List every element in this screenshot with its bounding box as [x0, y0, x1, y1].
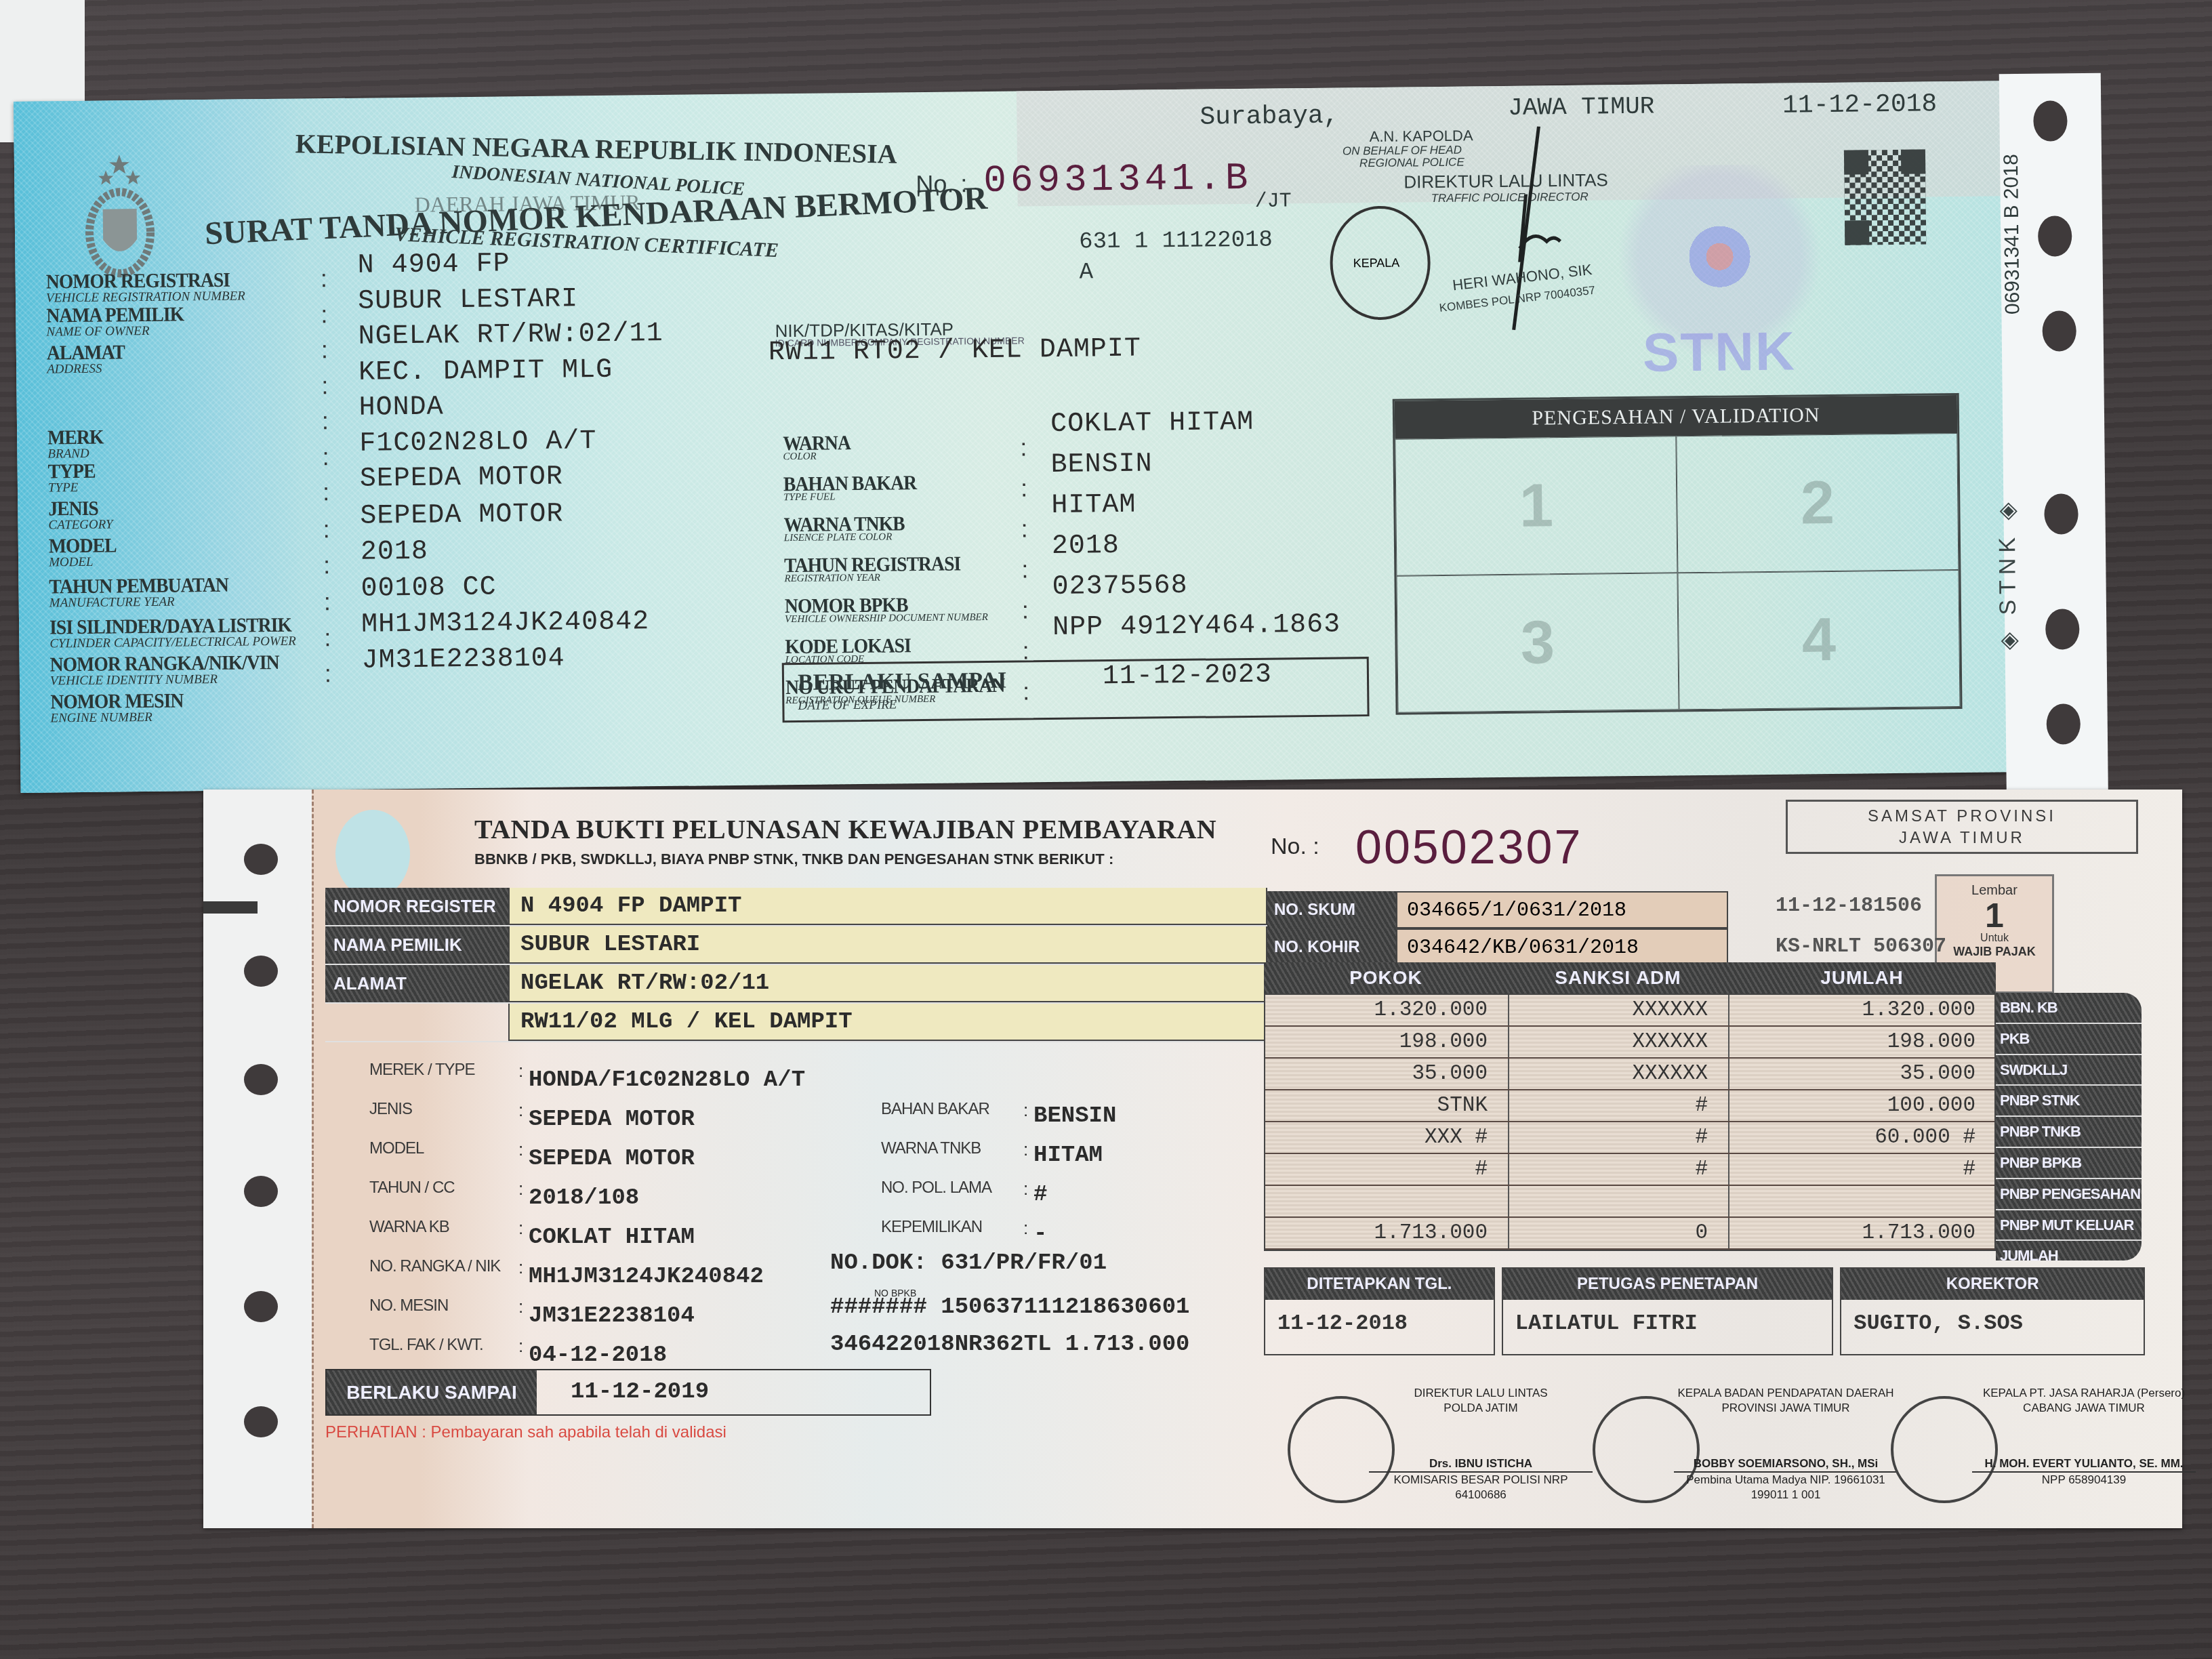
vehicle-label: NO. MESIN [369, 1296, 448, 1315]
signatory-block: KEPALA BADAN PENDAPATAN DAERAHPROVINSI J… [1674, 1386, 1898, 1502]
field-colon: : [1021, 474, 1027, 502]
receipt-title: TANDA BUKTI PELUNASAN KEWAJIBAN PEMBAYAR… [474, 813, 1216, 845]
payment-row: 1.713.00001.713.000 [1265, 1218, 1994, 1250]
punch-hole [2045, 609, 2080, 650]
validation-print-1: 11-12-181506 [1776, 895, 1922, 918]
signatory-title: DIREKTUR LALU LINTAS [1369, 1386, 1593, 1401]
vehicle-value: 04-12-2018 [529, 1343, 667, 1368]
vehicle-label: KEPEMILIKAN [881, 1218, 982, 1237]
validation-cell-3: 3 [1396, 573, 1679, 712]
serial-suffix: /JT [1254, 190, 1291, 213]
vehicle-label: WARNA TNKB [881, 1139, 981, 1158]
vehicle-label: MODEL [369, 1139, 424, 1158]
field-colon: : [324, 588, 331, 616]
field-colon: : [321, 300, 327, 329]
field-value: BENSIN [1050, 449, 1152, 480]
field-sublabel: TYPE [48, 480, 79, 495]
footer-value: 11-12-2018 [1265, 1300, 1494, 1354]
identity-row: ALAMATNGELAK RT/RW:02/11 [325, 965, 1267, 1004]
signatory-title2: PROVINSI JAWA TIMUR [1674, 1401, 1898, 1416]
vehicle-label: NO. RANGKA / NIK [369, 1257, 500, 1276]
field-value: 2018 [1052, 531, 1120, 562]
pokok-cell: 1.320.000 [1265, 995, 1509, 1025]
identity-label: NAMA PEMILIK [325, 926, 508, 964]
sanksi-cell: # [1509, 1154, 1729, 1185]
jumlah-cell: 1.713.000 [1729, 1218, 1997, 1248]
footer-label: KOREKTOR [1841, 1269, 2144, 1300]
vehicle-value: SEPEDA MOTOR [529, 1107, 695, 1132]
field-sublabel: ENGINE NUMBER [50, 710, 152, 726]
signatory-name: Drs. IBNU ISTICHA [1369, 1456, 1593, 1471]
signatory-title2: POLDA JATIM [1369, 1401, 1593, 1416]
footer-box: DITETAPKAN TGL.11-12-2018 [1264, 1267, 1495, 1355]
jumlah-cell: 35.000 [1729, 1059, 1997, 1089]
field-value: SEPEDA MOTOR [360, 499, 564, 532]
signatory-block: KEPALA PT. JASA RAHARJA (Persero)CABANG … [1972, 1386, 2196, 1488]
vehicle-label: TGL. FAK / KWT. [369, 1336, 483, 1355]
pokok-cell: 1.713.000 [1265, 1218, 1509, 1248]
pokok-cell: 198.000 [1265, 1027, 1509, 1057]
field-colon: : [321, 264, 327, 293]
receipt-expiry-value: 11-12-2019 [537, 1370, 930, 1414]
field-value: N 4904 FP [357, 249, 510, 281]
field-sublabel: CYLINDER CAPACITY/ELECTRICAL POWER [49, 634, 296, 652]
vehicle-colon: : [1023, 1179, 1028, 1200]
payment-row: XXX ##60.000 # [1265, 1122, 1994, 1154]
vehicle-value: SEPEDA MOTOR [529, 1146, 695, 1172]
footer-label: PETUGAS PENETAPAN [1503, 1269, 1832, 1300]
payment-row: STNK#100.000 [1265, 1090, 1994, 1122]
identity-label [325, 1004, 508, 1041]
stnk-certificate: KEPOLISIAN NEGARA REPUBLIK INDONESIA IND… [14, 81, 2047, 793]
jumlah-cell [1729, 1186, 1997, 1216]
signatory-title2: CABANG JAWA TIMUR [1972, 1401, 2196, 1416]
payment-item-label: SWDKLLJ [1996, 1055, 2142, 1086]
field-sublabel: ADDRESS [47, 362, 102, 377]
field-sublabel: REGISTRATION YEAR [784, 573, 880, 585]
nik-value: RW11 RT02 / KEL DAMPIT [769, 334, 1142, 369]
vehicle-value: - [1033, 1221, 1047, 1247]
signatory-title: KEPALA PT. JASA RAHARJA (Persero) [1972, 1386, 2196, 1401]
identity-label: ALAMAT [325, 965, 508, 1002]
vehicle-colon: : [518, 1257, 523, 1278]
payment-row: 1.320.000XXXXXX1.320.000 [1265, 995, 1994, 1027]
field-sublabel: MANUFACTURE YEAR [49, 595, 175, 611]
receipt-subtitle: BBNKB / PKB, SWDKLLJ, BIAYA PNBP STNK, T… [474, 851, 1113, 868]
vehicle-value: HITAM [1033, 1143, 1103, 1168]
payment-item-labels: BBN. KBPKBSWDKLLJPNBP STNKPNBP TNKBPNBP … [1996, 993, 2142, 1261]
field-value: NGELAK RT/RW:02/11 [358, 319, 663, 352]
col-pokok: POKOK [1264, 962, 1508, 994]
payment-item-label: PNBP STNK [1996, 1086, 2142, 1117]
side-serial: 06931341 B 2018 [2000, 154, 2024, 314]
payment-item-label: PKB [1996, 1024, 2142, 1055]
sanksi-cell: XXXXXX [1509, 1059, 1729, 1089]
vehicle-value: 2018/108 [529, 1185, 639, 1211]
sanksi-cell: XXXXXX [1509, 995, 1729, 1025]
sanksi-cell [1509, 1186, 1729, 1216]
pokok-cell: STNK [1265, 1090, 1509, 1121]
vehicle-label: WARNA KB [369, 1218, 449, 1237]
vehicle-colon: : [518, 1100, 523, 1121]
field-colon: : [321, 371, 328, 400]
payment-item-label: PNBP TNKB [1996, 1117, 2142, 1148]
payment-item-label: PNBP BPKB [1996, 1148, 2142, 1179]
police-emblem-icon [82, 151, 158, 281]
field-value: F1C02N28LO A/T [359, 426, 597, 459]
print-code: 631 1 11122018 [1079, 228, 1273, 255]
field-colon: : [324, 623, 331, 652]
punch-hole [2042, 310, 2076, 352]
field-colon: : [322, 443, 329, 471]
footer-box: PETUGAS PENETAPANLAILATUL FITRI [1502, 1267, 1833, 1355]
validation-cell-1: 1 [1395, 436, 1677, 575]
vehicle-colon: : [518, 1336, 523, 1357]
signatory-title: KEPALA BADAN PENDAPATAN DAERAH [1674, 1386, 1898, 1401]
validation-notice: PERHATIAN : Pembayaran sah apabila telah… [325, 1423, 726, 1442]
vehicle-label: JENIS [369, 1100, 412, 1119]
vehicle-value: COKLAT HITAM [529, 1225, 695, 1250]
hologram-label: STNK [1643, 320, 1797, 384]
vehicle-colon: : [518, 1218, 523, 1239]
punch-hole [244, 1291, 278, 1322]
footer-value: SUGITO, S.SOS [1841, 1300, 2144, 1354]
jumlah-cell: 100.000 [1729, 1090, 1997, 1121]
vehicle-value: HONDA/F1C02N28LO A/T [529, 1067, 805, 1093]
field-value: HITAM [1051, 490, 1136, 521]
punch-hole [244, 844, 278, 875]
side-brand: ◈ STNK ◈ [1993, 497, 2022, 650]
field-value: COKLAT HITAM [1050, 407, 1254, 440]
signatory-id: Pembina Utama Madya NIP. 19661031 199011… [1674, 1471, 1898, 1502]
vehicle-label: BAHAN BAKAR [881, 1100, 989, 1119]
vehicle-colon: : [518, 1139, 523, 1160]
identity-value: RW11/02 MLG / KEL DAMPIT [508, 1004, 1267, 1041]
jumlah-cell: 60.000 # [1729, 1122, 1997, 1153]
signatory-name: BOBBY SOEMIARSONO, SH., MSi [1674, 1456, 1898, 1471]
field-sublabel: TYPE FUEL [783, 491, 835, 504]
identity-value: NGELAK RT/RW:02/11 [508, 965, 1267, 1002]
serial-label: No. : [916, 169, 967, 199]
sanksi-cell: XXXXXX [1509, 1027, 1729, 1057]
identity-value: SUBUR LESTARI [508, 926, 1267, 964]
regional-police: REGIONAL POLICE [1359, 156, 1465, 171]
field-sublabel: CATEGORY [48, 517, 112, 533]
jumlah-cell: 1.320.000 [1729, 995, 1997, 1025]
field-value: 2018 [361, 537, 428, 568]
print-code-2: A [1080, 260, 1094, 285]
serial-number: 06931341.B [983, 157, 1252, 203]
validation-title: PENGESAHAN / VALIDATION [1395, 395, 1958, 439]
field-value: SUBUR LESTARI [358, 284, 579, 316]
identity-row: RW11/02 MLG / KEL DAMPIT [325, 1004, 1267, 1042]
sanksi-cell: # [1509, 1090, 1729, 1121]
signatory-id: NPP 658904139 [1972, 1471, 2196, 1488]
vehicle-value: BENSIN [1033, 1103, 1116, 1129]
field-sublabel: MODEL [49, 555, 94, 571]
payment-row: ### [1265, 1154, 1994, 1186]
validation-cell-4: 4 [1677, 570, 1960, 710]
jumlah-cell: 198.000 [1729, 1027, 1997, 1057]
col-sanksi: SANKSI ADM [1508, 962, 1728, 994]
expiry-sub: DATE OF EXPIRE [798, 697, 897, 714]
signatory-id: KOMISARIS BESAR POLISI NRP 64100686 [1369, 1471, 1593, 1502]
pokok-cell: 35.000 [1265, 1059, 1509, 1089]
field-value: SEPEDA MOTOR [360, 462, 564, 495]
signatory-name: H. MOH. EVERT YULIANTO, SE. MM. [1972, 1456, 2196, 1471]
samsat-box: SAMSAT PROVINSI JAWA TIMUR [1786, 800, 2138, 854]
payment-item-label: PNBP PENGESAHAN [1996, 1179, 2142, 1210]
validation-print-2: KS-NRLT 506307 [1776, 935, 1946, 958]
vehicle-colon: : [1023, 1218, 1028, 1239]
field-colon: : [325, 659, 331, 688]
punch-hole [244, 956, 278, 987]
field-sublabel: LISENCE PLATE COLOR [784, 531, 893, 544]
field-colon: : [322, 407, 329, 435]
vehicle-value: JM31E2238104 [529, 1303, 695, 1329]
footer-value: LAILATUL FITRI [1503, 1300, 1832, 1354]
field-colon: : [323, 478, 329, 506]
identity-label: NOMOR REGISTER [325, 888, 508, 925]
identity-value: N 4904 FP DAMPIT [508, 888, 1267, 925]
vehicle-colon: : [1023, 1100, 1028, 1121]
vehicle-label: NO. POL. LAMA [881, 1179, 991, 1197]
col-jumlah: JUMLAH [1728, 962, 1996, 994]
payment-item-label: BBN. KB [1996, 993, 2142, 1024]
field-value: JM31E2238104 [361, 644, 565, 676]
punch-hole [2046, 703, 2081, 745]
punch-hole [2038, 216, 2072, 257]
field-colon: : [1020, 433, 1027, 462]
signatories: DIREKTUR LALU LINTASPOLDA JATIMDrs. IBNU… [1261, 1359, 2142, 1521]
receipt-expiry-label: BERLAKU SAMPAI [327, 1370, 537, 1414]
identity-block: NOMOR REGISTERN 4904 FP DAMPITNAMA PEMIL… [325, 888, 1267, 1037]
assessment-footer: DITETAPKAN TGL.11-12-2018PETUGAS PENETAP… [1264, 1267, 2145, 1355]
pokok-cell: # [1265, 1154, 1509, 1185]
validation-cell-2: 2 [1676, 433, 1959, 573]
field-sublabel: VEHICLE OWNERSHIP DOCUMENT NUMBER [785, 612, 988, 626]
field-value: 02375568 [1052, 571, 1187, 602]
validation-box: PENGESAHAN / VALIDATION 1 2 3 4 [1393, 393, 1963, 715]
vehicle-label: TAHUN / CC [369, 1179, 455, 1197]
receipt-no-label: No. : [1271, 834, 1319, 860]
payment-row [1265, 1186, 1994, 1218]
skum-value: 034642/KB/0631/2018 [1396, 928, 1728, 966]
doc-line-3: 346422018NR362TL 1.713.000 [830, 1332, 1190, 1357]
field-value: MH1JM3124JK240842 [361, 607, 650, 640]
expiry-box: BERLAKU SAMPAI DATE OF EXPIRE 11-12-2023 [782, 657, 1370, 722]
pokok-cell: XXX # [1265, 1122, 1509, 1153]
doc-line-1: NO.DOK: 631/PR/FR/01 [830, 1250, 1107, 1276]
qr-code-icon [1844, 149, 1926, 245]
punch-hole [2033, 100, 2068, 142]
field-colon: : [1021, 514, 1027, 543]
field-value: NPP 4912Y464.1863 [1052, 610, 1341, 643]
vehicle-colon: : [518, 1061, 523, 1082]
field-value: KEC. DAMPIT MLG [359, 355, 613, 388]
identity-row: NOMOR REGISTERN 4904 FP DAMPIT [325, 888, 1267, 926]
skum-label: NO. KOHIR [1267, 928, 1396, 966]
payment-item-label: JUMLAH [1996, 1241, 2142, 1261]
punch-hole [244, 1064, 278, 1095]
payment-table: POKOK SANKSI ADM JUMLAH 1.320.000XXXXXX1… [1264, 962, 1996, 1261]
issue-province: JAWA TIMUR [1508, 93, 1654, 122]
vehicle-colon: : [518, 1296, 523, 1317]
field-colon: : [323, 515, 329, 544]
expiry-value: 11-12-2023 [1103, 660, 1273, 693]
field-colon: : [1022, 596, 1029, 624]
skum-row: NO. KOHIR034642/KB/0631/2018 [1267, 928, 1728, 966]
vehicle-label: MEREK / TYPE [369, 1061, 475, 1080]
sanksi-cell: 0 [1509, 1218, 1729, 1248]
field-colon: : [1021, 555, 1028, 583]
payment-item-label: PNBP MUT KELUAR [1996, 1210, 2142, 1242]
skum-label: NO. SKUM [1267, 891, 1396, 928]
sanksi-cell: # [1509, 1122, 1729, 1153]
skum-row: NO. SKUM034665/1/0631/2018 [1267, 891, 1728, 928]
payment-row: 198.000XXXXXX198.000 [1265, 1027, 1994, 1059]
field-colon: : [323, 551, 330, 579]
vehicle-value: # [1033, 1182, 1047, 1208]
footer-box: KOREKTORSUGITO, S.SOS [1840, 1267, 2145, 1355]
official-stamp: KEPALA [1330, 205, 1431, 321]
field-value: HONDA [359, 392, 444, 423]
field-colon: : [321, 335, 328, 364]
field-sublabel: COLOR [783, 451, 816, 464]
skum-value: 034665/1/0631/2018 [1396, 891, 1728, 928]
pokok-cell [1265, 1186, 1509, 1216]
doc-line-2: ####### 150637111218630601 [830, 1294, 1190, 1320]
tax-payment-receipt: TANDA BUKTI PELUNASAN KEWAJIBAN PEMBAYAR… [203, 790, 2182, 1528]
issue-city: Surabaya, [1200, 102, 1339, 132]
samsat-logo-icon [335, 810, 410, 898]
skum-block: NO. SKUM034665/1/0631/2018NO. KOHIR03464… [1267, 891, 1728, 972]
punch-hole [244, 1406, 278, 1437]
vehicle-colon: : [518, 1179, 523, 1200]
expiry-label: BERLAKU SAMPAI [798, 668, 1007, 696]
payment-row: 35.000XXXXXX35.000 [1265, 1059, 1994, 1090]
issue-date: 11-12-2018 [1782, 89, 1937, 120]
identity-row: NAMA PEMILIKSUBUR LESTARI [325, 926, 1267, 965]
punch-hole [244, 1176, 278, 1207]
field-value: 00108 CC [361, 573, 496, 605]
signatory-block: DIREKTUR LALU LINTASPOLDA JATIMDrs. IBNU… [1369, 1386, 1593, 1502]
vehicle-colon: : [1023, 1139, 1028, 1160]
vehicle-value: MH1JM3124JK240842 [529, 1264, 764, 1290]
field-sublabel: VEHICLE IDENTITY NUMBER [50, 672, 218, 689]
field-sublabel: NAME OF OWNER [46, 324, 149, 340]
footer-label: DITETAPKAN TGL. [1265, 1269, 1494, 1300]
receipt-expiry-box: BERLAKU SAMPAI 11-12-2019 [325, 1369, 931, 1416]
jumlah-cell: # [1729, 1154, 1997, 1185]
receipt-number: 00502307 [1355, 820, 1582, 874]
punch-hole [2044, 493, 2078, 535]
